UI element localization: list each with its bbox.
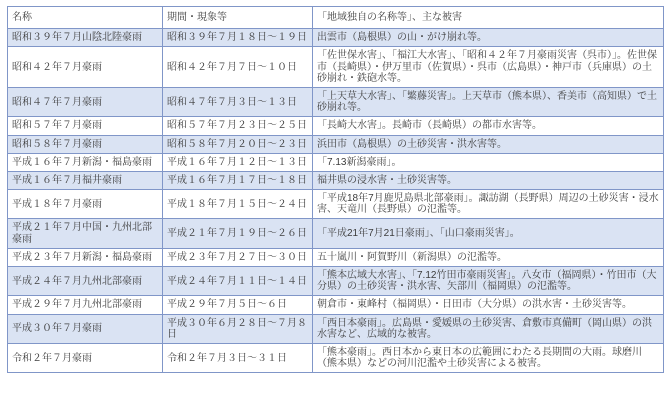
- disaster-damage-cell: 「西日本豪雨」。広島県・愛媛県の土砂災害、倉敷市真備町（岡山県）の洪水害など、広…: [313, 314, 664, 343]
- disaster-name-cell: 平成１８年７月豪雨: [8, 190, 163, 219]
- header-row: 名称 期間・現象等 「地域独自の名称等」、主な被害: [8, 7, 664, 29]
- disaster-period-cell: 平成１８年７月１５日～２４日: [163, 190, 313, 219]
- table-header: 名称 期間・現象等 「地域独自の名称等」、主な被害: [8, 7, 664, 29]
- table-row: 平成１６年７月福井豪雨 平成１６年７月１７日～１８日 福井県の浸水害・土砂災害等…: [8, 171, 664, 189]
- page: 名称 期間・現象等 「地域独自の名称等」、主な被害 昭和３９年７月山陰北陸豪雨 …: [0, 0, 670, 379]
- table-row: 昭和４２年７月豪雨 昭和４２年７月７日～１０日 「佐世保水害」、「福江大水害」、…: [8, 47, 664, 88]
- disaster-period-cell: 令和２年７月３日～３１日: [163, 343, 313, 372]
- table-row: 昭和５８年７月豪雨 昭和５８年７月２０日～２３日 浜田市（島根県）の土砂災害・洪…: [8, 135, 664, 153]
- disaster-damage-cell: 「熊本広域大水害」、「7.12竹田市豪雨災害」。八女市（福岡県）・竹田市（大分県…: [313, 267, 664, 296]
- disaster-damage-cell: 「佐世保水害」、「福江大水害」、「昭和４２年７月豪雨災害（呉市）」。佐世保市（長…: [313, 47, 664, 88]
- july-heavy-rain-disasters-table: 名称 期間・現象等 「地域独自の名称等」、主な被害 昭和３９年７月山陰北陸豪雨 …: [7, 6, 664, 373]
- disaster-name-cell: 昭和３９年７月山陰北陸豪雨: [8, 29, 163, 47]
- disaster-name-cell: 平成２１年７月中国・九州北部豪雨: [8, 219, 163, 248]
- disaster-period-cell: 平成３０年６月２８日～７月８日: [163, 314, 313, 343]
- disaster-name-cell: 平成３０年７月豪雨: [8, 314, 163, 343]
- header-damage: 「地域独自の名称等」、主な被害: [313, 7, 664, 29]
- disaster-period-cell: 昭和４７年７月３日～１３日: [163, 87, 313, 116]
- disaster-damage-cell: 朝倉市・東峰村（福岡県）・日田市（大分県）の洪水害・土砂災害等。: [313, 296, 664, 314]
- disaster-period-cell: 平成２１年７月１９日～２６日: [163, 219, 313, 248]
- disaster-period-cell: 昭和４２年７月７日～１０日: [163, 47, 313, 88]
- table-row: 平成３０年７月豪雨 平成３０年６月２８日～７月８日 「西日本豪雨」。広島県・愛媛…: [8, 314, 664, 343]
- disaster-damage-cell: 出雲市（島根県）の山・がけ崩れ等。: [313, 29, 664, 47]
- table-row: 平成２１年７月中国・九州北部豪雨 平成２１年７月１９日～２６日 「平成21年7月…: [8, 219, 664, 248]
- table-row: 平成２３年７月新潟・福島豪雨 平成２３年７月２７日～３０日 五十嵐川・阿賀野川（…: [8, 248, 664, 266]
- disaster-damage-cell: 「長崎大水害」。長崎市（長崎県）の都市水害等。: [313, 117, 664, 135]
- disaster-period-cell: 昭和３９年７月１８日～１９日: [163, 29, 313, 47]
- disaster-period-cell: 平成２９年７月５日～６日: [163, 296, 313, 314]
- disaster-damage-cell: 浜田市（島根県）の土砂災害・洪水害等。: [313, 135, 664, 153]
- disaster-damage-cell: 「平成18年7月鹿児島県北部豪雨」。諏訪湖（長野県）周辺の土砂災害・浸水害、天竜…: [313, 190, 664, 219]
- disaster-name-cell: 平成１６年７月福井豪雨: [8, 171, 163, 189]
- disaster-name-cell: 平成２９年７月九州北部豪雨: [8, 296, 163, 314]
- table-row: 昭和３９年７月山陰北陸豪雨 昭和３９年７月１８日～１９日 出雲市（島根県）の山・…: [8, 29, 664, 47]
- table-row: 平成１６年７月新潟・福島豪雨 平成１６年７月１２日～１３日 「7.13新潟豪雨」…: [8, 153, 664, 171]
- disaster-damage-cell: 「7.13新潟豪雨」。: [313, 153, 664, 171]
- table-row: 平成２４年７月九州北部豪雨 平成２４年７月１１日～１４日 「熊本広域大水害」、「…: [8, 267, 664, 296]
- disaster-name-cell: 昭和４７年７月豪雨: [8, 87, 163, 116]
- disaster-period-cell: 昭和５８年７月２０日～２３日: [163, 135, 313, 153]
- table-row: 昭和５７年７月豪雨 昭和５７年７月２３日～２５日 「長崎大水害」。長崎市（長崎県…: [8, 117, 664, 135]
- disaster-period-cell: 平成１６年７月１２日～１３日: [163, 153, 313, 171]
- disaster-damage-cell: 「上天草大水害」、「繁藤災害」。上天草市（熊本県）、香美市（高知県）で土砂崩れ等…: [313, 87, 664, 116]
- disaster-damage-cell: 五十嵐川・阿賀野川（新潟県）の氾濫等。: [313, 248, 664, 266]
- disaster-name-cell: 平成２３年７月新潟・福島豪雨: [8, 248, 163, 266]
- disaster-name-cell: 平成２４年７月九州北部豪雨: [8, 267, 163, 296]
- disaster-period-cell: 平成２４年７月１１日～１４日: [163, 267, 313, 296]
- disaster-period-cell: 平成１６年７月１７日～１８日: [163, 171, 313, 189]
- disaster-damage-cell: 「熊本豪雨」。西日本から東日本の広範囲にわたる長期間の大雨。球磨川（熊本県）など…: [313, 343, 664, 372]
- table-row: 昭和４７年７月豪雨 昭和４７年７月３日～１３日 「上天草大水害」、「繁藤災害」。…: [8, 87, 664, 116]
- table-row: 令和２年７月豪雨 令和２年７月３日～３１日 「熊本豪雨」。西日本から東日本の広範…: [8, 343, 664, 372]
- disaster-period-cell: 昭和５７年７月２３日～２５日: [163, 117, 313, 135]
- table-row: 平成１８年７月豪雨 平成１８年７月１５日～２４日 「平成18年7月鹿児島県北部豪…: [8, 190, 664, 219]
- header-period: 期間・現象等: [163, 7, 313, 29]
- disaster-name-cell: 令和２年７月豪雨: [8, 343, 163, 372]
- disaster-damage-cell: 「平成21年7月21日豪雨」、「山口豪雨災害」。: [313, 219, 664, 248]
- table-body: 昭和３９年７月山陰北陸豪雨 昭和３９年７月１８日～１９日 出雲市（島根県）の山・…: [8, 29, 664, 373]
- disaster-name-cell: 昭和５８年７月豪雨: [8, 135, 163, 153]
- disaster-damage-cell: 福井県の浸水害・土砂災害等。: [313, 171, 664, 189]
- disaster-name-cell: 昭和４２年７月豪雨: [8, 47, 163, 88]
- disaster-name-cell: 平成１６年７月新潟・福島豪雨: [8, 153, 163, 171]
- header-name: 名称: [8, 7, 163, 29]
- disaster-name-cell: 昭和５７年７月豪雨: [8, 117, 163, 135]
- disaster-period-cell: 平成２３年７月２７日～３０日: [163, 248, 313, 266]
- table-row: 平成２９年７月九州北部豪雨 平成２９年７月５日～６日 朝倉市・東峰村（福岡県）・…: [8, 296, 664, 314]
